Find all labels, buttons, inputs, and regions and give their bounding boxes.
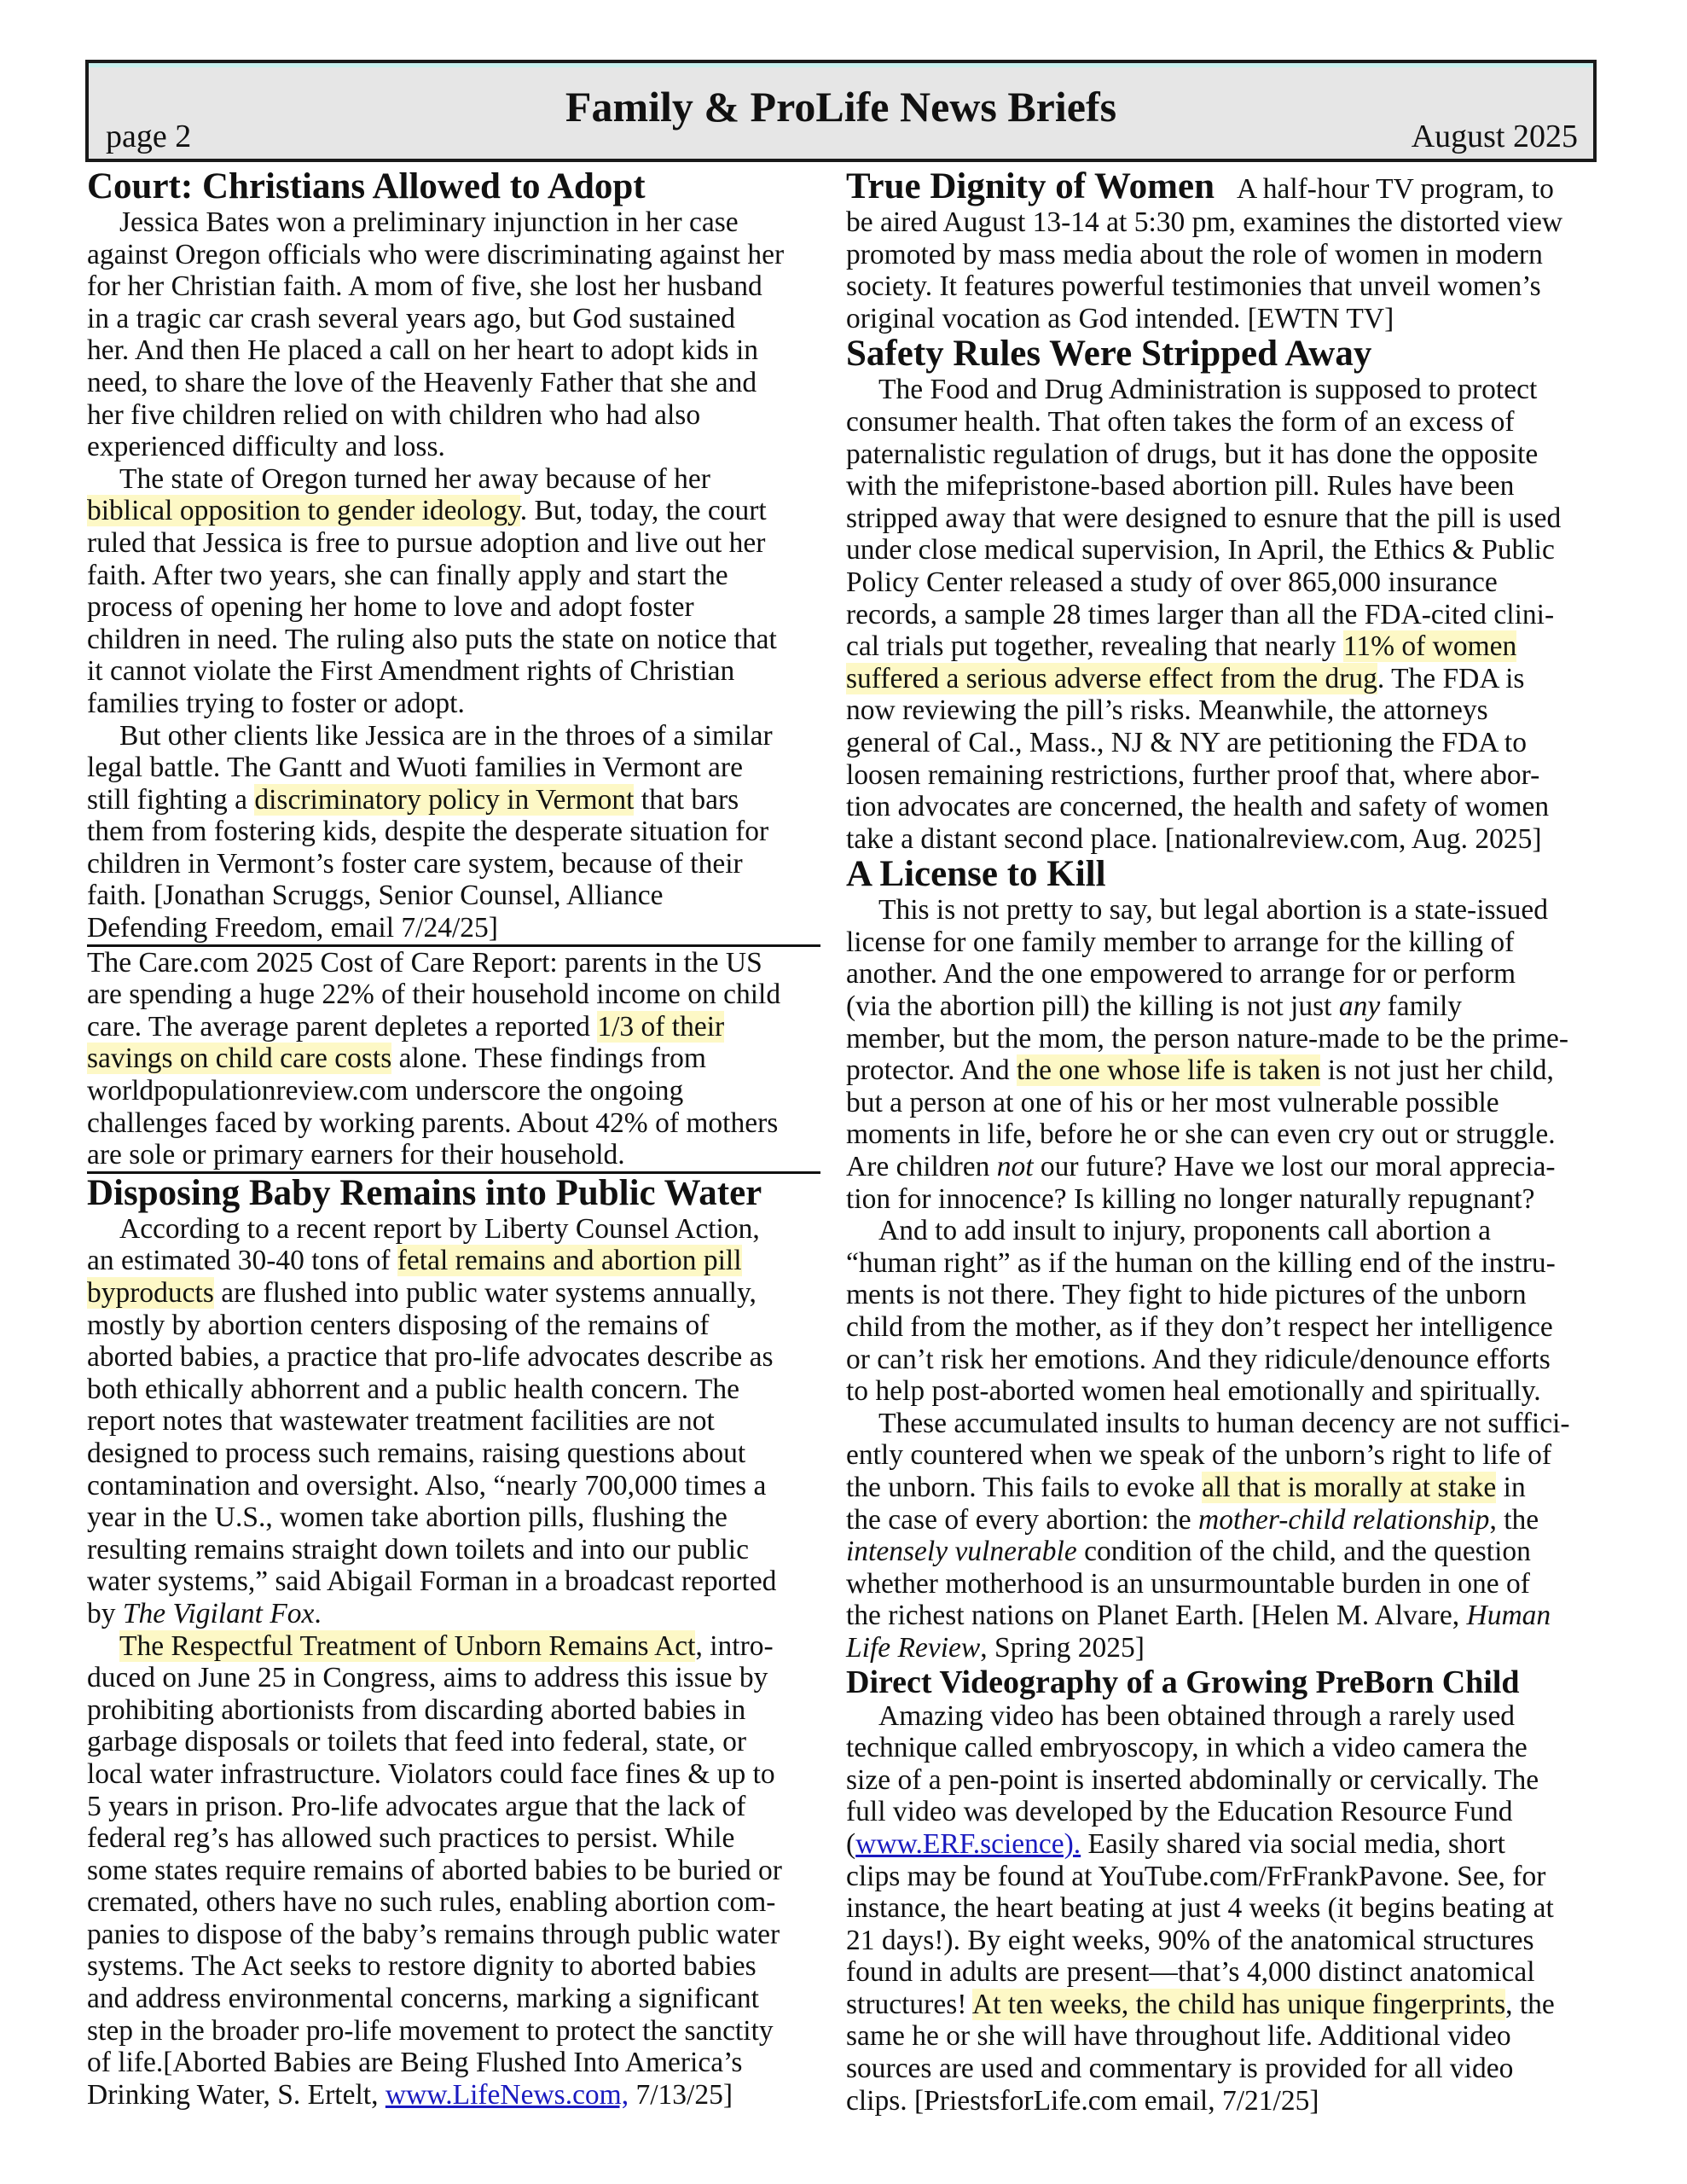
- publication-name: Human: [1467, 1600, 1551, 1631]
- text-line: water systems,” said Abigail Forman in a…: [87, 1565, 820, 1598]
- text-line: take a distant second place. [nationalre…: [846, 823, 1597, 856]
- text-line: “human right” as if the human on the kil…: [846, 1247, 1597, 1280]
- text-line: (www.ERF.science). Easily shared via soc…: [846, 1828, 1597, 1861]
- article-heading: True Dignity of Women: [846, 166, 1215, 206]
- text-line: byproducts are flushed into public water…: [87, 1277, 820, 1310]
- text-span: cal trials put together, revealing that …: [846, 630, 1343, 662]
- text-line: full video was developed by the Educatio…: [846, 1796, 1597, 1828]
- text-line: sources are used and commentary is provi…: [846, 2053, 1597, 2085]
- text-line: or can’t risk her emotions. And they rid…: [846, 1344, 1597, 1376]
- text-line: ments is not there. They fight to hide p…: [846, 1279, 1597, 1311]
- text-line: Drinking Water, S. Ertelt, www.LifeNews.…: [87, 2079, 820, 2111]
- text-line: technique called embryoscopy, in which a…: [846, 1732, 1597, 1764]
- text-line: but a person at one of his or her most v…: [846, 1087, 1597, 1119]
- text-line: year in the U.S., women take abortion pi…: [87, 1501, 820, 1534]
- text-line: mostly by abortion centers disposing of …: [87, 1310, 820, 1342]
- text-span: 7/13/25]: [629, 2079, 733, 2111]
- text-line: in a tragic car crash several years ago,…: [87, 303, 820, 335]
- highlight: The Respectful Treatment of Unborn Remai…: [119, 1630, 695, 1662]
- text-span: the richest nations on Planet Earth. [He…: [846, 1600, 1467, 1631]
- text-line: systems. The Act seeks to restore dignit…: [87, 1950, 820, 1983]
- article-heading: Court: Christians Allowed to Adopt: [87, 167, 820, 206]
- text-line: The state of Oregon turned her away beca…: [87, 463, 820, 496]
- emphasis: any: [1339, 990, 1380, 1022]
- text-line: Are children not our future? Have we los…: [846, 1151, 1597, 1183]
- text-line: local water infrastructure. Violators co…: [87, 1758, 820, 1791]
- text-span: that bars: [634, 784, 739, 816]
- text-line: be aired August 13-14 at 5:30 pm, examin…: [846, 206, 1597, 239]
- text-line: Life Review, Spring 2025]: [846, 1632, 1597, 1664]
- text-line: resulting remains straight down toilets …: [87, 1534, 820, 1566]
- text-span: , the: [1489, 1504, 1539, 1536]
- text-line: another. And the one empowered to arrang…: [846, 958, 1597, 990]
- text-line: records, a sample 28 times larger than a…: [846, 599, 1597, 631]
- highlight: 11% of women: [1343, 630, 1516, 662]
- text-line: member, but the mom, the person nature-m…: [846, 1023, 1597, 1055]
- text-line: federal reg’s has allowed such practices…: [87, 1822, 820, 1855]
- text-span: . The FDA is: [1377, 663, 1525, 694]
- text-line: promoted by mass media about the role of…: [846, 239, 1597, 271]
- text-line: her five children relied on with childre…: [87, 399, 820, 432]
- highlight: suffered a serious adverse effect from t…: [846, 663, 1377, 694]
- text-line: some states require remains of aborted b…: [87, 1855, 820, 1887]
- text-line: cremated, others have no such rules, ena…: [87, 1886, 820, 1919]
- text-line: aborted babies, a practice that pro-life…: [87, 1341, 820, 1374]
- text-line: But other clients like Jessica are in th…: [87, 720, 820, 752]
- text-line: legal battle. The Gantt and Wuoti famili…: [87, 752, 820, 784]
- lifenews-link[interactable]: www.LifeNews.com,: [386, 2079, 629, 2111]
- text-span: alone. These findings from: [391, 1043, 706, 1074]
- text-line: prohibiting abortionists from discarding…: [87, 1694, 820, 1727]
- text-line: intensely vulnerable condition of the ch…: [846, 1536, 1597, 1568]
- text-line: structures! At ten weeks, the child has …: [846, 1989, 1597, 2021]
- emphasis: intensely vulnerable: [846, 1536, 1077, 1567]
- article-heading: Direct Videography of a Growing PreBorn …: [846, 1664, 1597, 1700]
- text-line: consumer health. That often takes the fo…: [846, 406, 1597, 439]
- text-span: still fighting a: [87, 784, 254, 816]
- text-line: loosen remaining restrictions, further p…: [846, 759, 1597, 792]
- text-span: an estimated 30-40 tons of: [87, 1245, 397, 1276]
- text-line: are sole or primary earners for their ho…: [87, 1139, 820, 1174]
- text-span: , Spring 2025]: [980, 1632, 1145, 1664]
- text-line: tion for innocence? Is killing no longer…: [846, 1183, 1597, 1216]
- text-line: moments in life, before he or she can ev…: [846, 1118, 1597, 1151]
- article-license-to-kill: A License to Kill This is not pretty to …: [846, 855, 1597, 1664]
- text-line: child from the mother, as if they don’t …: [846, 1311, 1597, 1344]
- text-line: 21 days!). By eight weeks, 90% of the an…: [846, 1925, 1597, 1957]
- page-number: page 2: [106, 118, 191, 155]
- text-line: the case of every abortion: the mother-c…: [846, 1504, 1597, 1536]
- text-line: found in adults are present—that’s 4,000…: [846, 1956, 1597, 1989]
- text-line: and address environmental concerns, mark…: [87, 1983, 820, 2015]
- text-line: it cannot violate the First Amendment ri…: [87, 655, 820, 688]
- text-span: Easily shared via social media, short: [1081, 1828, 1505, 1860]
- text-line: paternalistic regulation of drugs, but i…: [846, 439, 1597, 471]
- text-span: .: [314, 1598, 321, 1629]
- text-line: faith. [Jonathan Scruggs, Senior Counsel…: [87, 880, 820, 912]
- text-line: are spending a huge 22% of their househo…: [87, 979, 820, 1011]
- issue-date: August 2025: [1412, 118, 1578, 155]
- text-line: contamination and oversight. Also, “near…: [87, 1470, 820, 1502]
- text-line: Defending Freedom, email 7/24/25]: [87, 912, 820, 947]
- emphasis: mother-child relationship: [1198, 1504, 1489, 1536]
- highlight: biblical opposition to gender ideology: [87, 495, 520, 526]
- text-span: care. The average parent depletes a repo…: [87, 1011, 597, 1043]
- article-safety-rules-stripped: Safety Rules Were Stripped Away The Food…: [846, 334, 1597, 855]
- text-line: 5 years in prison. Pro-life advocates ar…: [87, 1791, 820, 1823]
- text-line: Policy Center released a study of over 8…: [846, 566, 1597, 599]
- text-line: challenges faced by working parents. Abo…: [87, 1107, 820, 1140]
- text-span: , the: [1505, 1989, 1555, 2020]
- article-cost-of-care: The Care.com 2025 Cost of Care Report: p…: [87, 947, 820, 1174]
- text-line: worldpopulationreview.com underscore the…: [87, 1075, 820, 1107]
- text-line: by The Vigilant Fox.: [87, 1598, 820, 1630]
- highlight: savings on child care costs: [87, 1043, 391, 1074]
- text-line: experienced difficulty and loss.: [87, 431, 820, 463]
- text-line: children in Vermont’s foster care system…: [87, 848, 820, 880]
- text-span: A half-hour TV program, to: [1215, 173, 1554, 205]
- text-span: condition of the child, and the question: [1077, 1536, 1531, 1567]
- article-heading: A License to Kill: [846, 855, 1597, 894]
- text-line: an estimated 30-40 tons of fetal remains…: [87, 1245, 820, 1277]
- highlight: 1/3 of their: [597, 1011, 724, 1043]
- article-disposing-baby-remains: Disposing Baby Remains into Public Water…: [87, 1174, 820, 2111]
- highlight: discriminatory policy in Vermont: [254, 784, 634, 816]
- left-column: Court: Christians Allowed to Adopt Jessi…: [87, 167, 820, 2111]
- text-line: still fighting a discriminatory policy i…: [87, 784, 820, 816]
- text-line: the unborn. This fails to evoke all that…: [846, 1472, 1597, 1504]
- text-line: duced on June 25 in Congress, aims to ad…: [87, 1662, 820, 1694]
- text-line: Amazing video has been obtained through …: [846, 1700, 1597, 1733]
- text-line: True Dignity of WomenA half-hour TV prog…: [846, 167, 1597, 206]
- text-line: The Care.com 2025 Cost of Care Report: p…: [87, 947, 820, 979]
- text-line: children in need. The ruling also puts t…: [87, 624, 820, 656]
- text-span: Are children: [846, 1151, 997, 1182]
- text-line: care. The average parent depletes a repo…: [87, 1011, 820, 1043]
- text-line: process of opening her home to love and …: [87, 591, 820, 624]
- text-line: report notes that wastewater treatment f…: [87, 1405, 820, 1438]
- text-span: by: [87, 1598, 123, 1629]
- text-line: And to add insult to injury, proponents …: [846, 1215, 1597, 1247]
- highlight: the one whose life is taken: [1017, 1054, 1320, 1086]
- text-line: faith. After two years, she can finally …: [87, 560, 820, 592]
- highlight: all that is morally at stake: [1202, 1472, 1496, 1503]
- text-line: clips may be found at YouTube.com/FrFran…: [846, 1861, 1597, 1893]
- text-line: the richest nations on Planet Earth. [He…: [846, 1600, 1597, 1632]
- text-span: (: [846, 1828, 855, 1860]
- highlight: At ten weeks, the child has unique finge…: [972, 1989, 1505, 2020]
- text-line: instance, the heart beating at just 4 we…: [846, 1892, 1597, 1925]
- emphasis: not: [997, 1151, 1034, 1182]
- text-line: need, to share the love of the Heavenly …: [87, 367, 820, 399]
- text-line: general of Cal., Mass., NJ & NY are peti…: [846, 727, 1597, 759]
- text-line: of life.[Aborted Babies are Being Flushe…: [87, 2047, 820, 2079]
- article-heading: Disposing Baby Remains into Public Water: [87, 1174, 820, 1213]
- text-line: The Respectful Treatment of Unborn Remai…: [87, 1630, 820, 1663]
- text-span: . But, today, the court: [520, 495, 767, 526]
- text-span: is not just her child,: [1320, 1054, 1554, 1086]
- text-line: license for one family member to arrange…: [846, 926, 1597, 959]
- text-line: stripped away that were designed to esnu…: [846, 502, 1597, 535]
- text-line: savings on child care costs alone. These…: [87, 1043, 820, 1075]
- text-line: This is not pretty to say, but legal abo…: [846, 894, 1597, 926]
- text-line: ently countered when we speak of the unb…: [846, 1439, 1597, 1472]
- text-line: These accumulated insults to human decen…: [846, 1408, 1597, 1440]
- text-line: to help post-aborted women heal emotiona…: [846, 1375, 1597, 1408]
- text-span: family: [1380, 990, 1462, 1022]
- text-line: tion advocates are concerned, the health…: [846, 791, 1597, 823]
- text-line: designed to process such remains, raisin…: [87, 1438, 820, 1470]
- text-span: in: [1496, 1472, 1525, 1503]
- text-line: families trying to foster or adopt.: [87, 688, 820, 720]
- masthead: Family & ProLife News Briefs page 2 Augu…: [85, 60, 1597, 162]
- text-line: The Food and Drug Administration is supp…: [846, 374, 1597, 406]
- text-line: under close medical supervision, In Apri…: [846, 534, 1597, 566]
- text-line: According to a recent report by Liberty …: [87, 1213, 820, 1246]
- article-heading: Safety Rules Were Stripped Away: [846, 334, 1597, 374]
- text-line: suffered a serious adverse effect from t…: [846, 663, 1597, 695]
- text-line: with the mifepristone-based abortion pil…: [846, 470, 1597, 502]
- text-span: Drinking Water, S. Ertelt,: [87, 2079, 386, 2111]
- text-line: panies to dispose of the baby’s remains …: [87, 1919, 820, 1951]
- publication-name: The Vigilant Fox: [123, 1598, 315, 1629]
- text-span: are flushed into public water systems an…: [214, 1277, 757, 1309]
- text-line: clips. [PriestsforLife.com email, 7/21/2…: [846, 2085, 1597, 2117]
- publication-name: Life Review: [846, 1632, 980, 1664]
- article-true-dignity-of-women: True Dignity of WomenA half-hour TV prog…: [846, 167, 1597, 334]
- text-span: structures!: [846, 1989, 972, 2020]
- highlight: byproducts: [87, 1277, 214, 1309]
- text-line: size of a pen-point is inserted abdomina…: [846, 1764, 1597, 1797]
- text-line: Jessica Bates won a preliminary injuncti…: [87, 206, 820, 239]
- article-direct-videography: Direct Videography of a Growing PreBorn …: [846, 1664, 1597, 2117]
- text-line: cal trials put together, revealing that …: [846, 630, 1597, 663]
- text-line: society. It features powerful testimonie…: [846, 270, 1597, 303]
- right-column: True Dignity of WomenA half-hour TV prog…: [846, 167, 1597, 2117]
- text-line: against Oregon officials who were discri…: [87, 239, 820, 271]
- text-line: same he or she will have throughout life…: [846, 2020, 1597, 2053]
- article-court-christians-adopt: Court: Christians Allowed to Adopt Jessi…: [87, 167, 820, 947]
- text-line: both ethically abhorrent and a public he…: [87, 1374, 820, 1406]
- text-span: the case of every abortion: the: [846, 1504, 1198, 1536]
- text-line: biblical opposition to gender ideology. …: [87, 495, 820, 527]
- text-line: step in the broader pro-life movement to…: [87, 2015, 820, 2047]
- text-line: (via the abortion pill) the killing is n…: [846, 990, 1597, 1023]
- text-line: protector. And the one whose life is tak…: [846, 1054, 1597, 1087]
- text-span: our future? Have we lost our moral appre…: [1034, 1151, 1556, 1182]
- highlight: fetal remains and abortion pill: [397, 1245, 742, 1276]
- newsletter-title: Family & ProLife News Briefs: [89, 82, 1593, 131]
- text-line: for her Christian faith. A mom of five, …: [87, 270, 820, 303]
- text-span: , intro-: [695, 1630, 773, 1662]
- text-line: ruled that Jessica is free to pursue ado…: [87, 527, 820, 560]
- text-line: original vocation as God intended. [EWTN…: [846, 303, 1597, 335]
- text-line: garbage disposals or toilets that feed i…: [87, 1726, 820, 1758]
- text-line: whether motherhood is an unsurmountable …: [846, 1568, 1597, 1600]
- text-line: them from fostering kids, despite the de…: [87, 816, 820, 848]
- text-span: protector. And: [846, 1054, 1017, 1086]
- text-span: (via the abortion pill) the killing is n…: [846, 990, 1339, 1022]
- text-line: now reviewing the pill’s risks. Meanwhil…: [846, 694, 1597, 727]
- erf-science-link[interactable]: www.ERF.science).: [855, 1828, 1081, 1860]
- text-span: the unborn. This fails to evoke: [846, 1472, 1202, 1503]
- text-line: her. And then He placed a call on her he…: [87, 334, 820, 367]
